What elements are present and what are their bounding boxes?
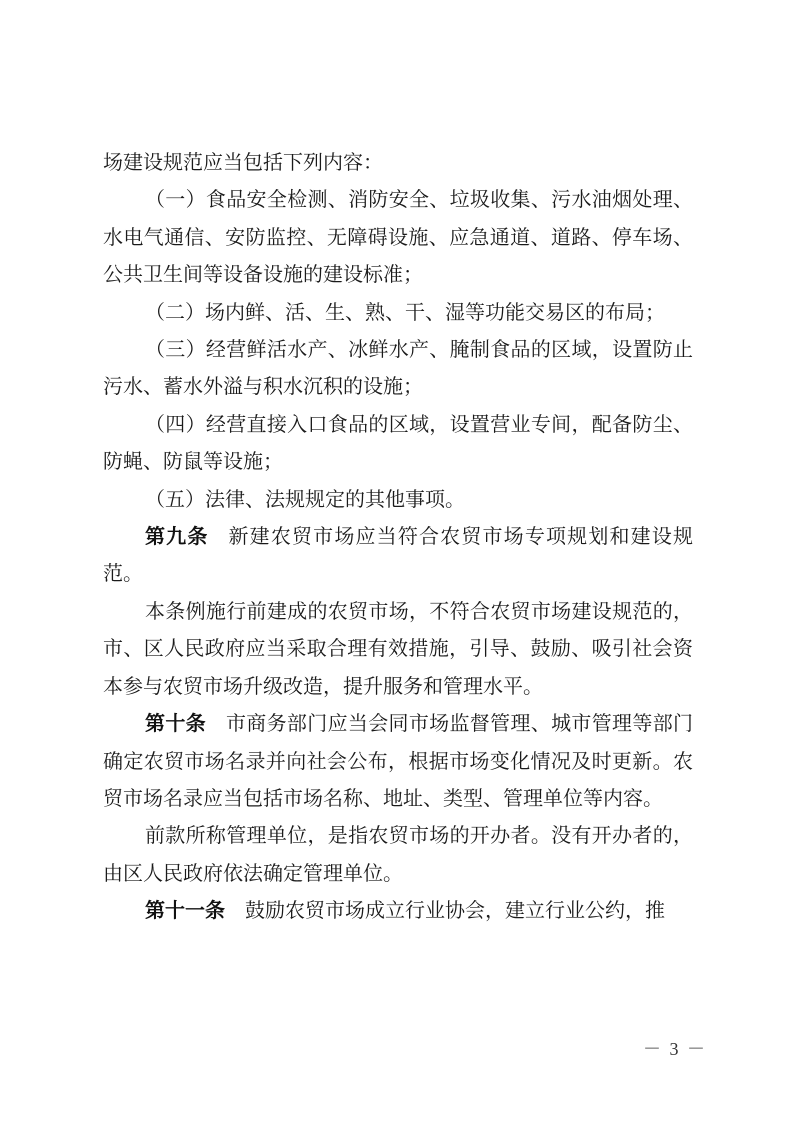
paragraph-text: 本条例施行前建成的农贸市场，不符合农贸市场建设规范的，市、区人民政府应当采取合理… [103, 599, 693, 698]
article-number: 第十条 [145, 711, 206, 735]
paragraph-intro: 场建设规范应当包括下列内容： [103, 144, 693, 181]
paragraph-text: （二）场内鲜、活、生、熟、干、湿等功能交易区的布局； [145, 300, 665, 324]
article-9-paragraph-2: 本条例施行前建成的农贸市场，不符合农贸市场建设规范的，市、区人民政府应当采取合理… [103, 593, 693, 705]
article-number: 第十一条 [145, 898, 225, 922]
paragraph-item-3: （三）经营鲜活水产、冰鲜水产、腌制食品的区域，设置防止污水、蓄水外溢与积水沉积的… [103, 331, 693, 406]
paragraph-text: 前款所称管理单位，是指农贸市场的开办者。没有开办者的，由区人民政府依法确定管理单… [103, 823, 693, 884]
paragraph-text: 场建设规范应当包括下列内容： [103, 150, 383, 174]
article-number: 第九条 [145, 524, 209, 548]
article-11: 第十一条鼓励农贸市场成立行业协会，建立行业公约，推 [103, 892, 693, 929]
paragraph-item-2: （二）场内鲜、活、生、熟、干、湿等功能交易区的布局； [103, 294, 693, 331]
article-10: 第十条市商务部门应当会同市场监督管理、城市管理等部门确定农贸市场名录并向社会公布… [103, 705, 693, 817]
paragraph-text: （一）食品安全检测、消防安全、垃圾收集、污水油烟处理、水电气通信、安防监控、无障… [103, 187, 693, 286]
paragraph-text: （四）经营直接入口食品的区域，设置营业专间，配备防尘、防蝇、防鼠等设施； [103, 412, 693, 473]
paragraph-item-5: （五）法律、法规规定的其他事项。 [103, 481, 693, 518]
article-10-paragraph-2: 前款所称管理单位，是指农贸市场的开办者。没有开办者的，由区人民政府依法确定管理单… [103, 817, 693, 892]
paragraph-text: （五）法律、法规规定的其他事项。 [145, 487, 465, 511]
document-body: 场建设规范应当包括下列内容： （一）食品安全检测、消防安全、垃圾收集、污水油烟处… [103, 144, 693, 930]
paragraph-item-4: （四）经营直接入口食品的区域，设置营业专间，配备防尘、防蝇、防鼠等设施； [103, 406, 693, 481]
paragraph-item-1: （一）食品安全检测、消防安全、垃圾收集、污水油烟处理、水电气通信、安防监控、无障… [103, 181, 693, 293]
article-9: 第九条新建农贸市场应当符合农贸市场专项规划和建设规范。 [103, 518, 693, 593]
paragraph-text: 鼓励农贸市场成立行业协会，建立行业公约，推 [245, 898, 665, 922]
page-number: － 3 － [643, 1035, 707, 1061]
document-page: 场建设规范应当包括下列内容： （一）食品安全检测、消防安全、垃圾收集、污水油烟处… [0, 0, 793, 1122]
paragraph-text: （三）经营鲜活水产、冰鲜水产、腌制食品的区域，设置防止污水、蓄水外溢与积水沉积的… [103, 337, 693, 398]
